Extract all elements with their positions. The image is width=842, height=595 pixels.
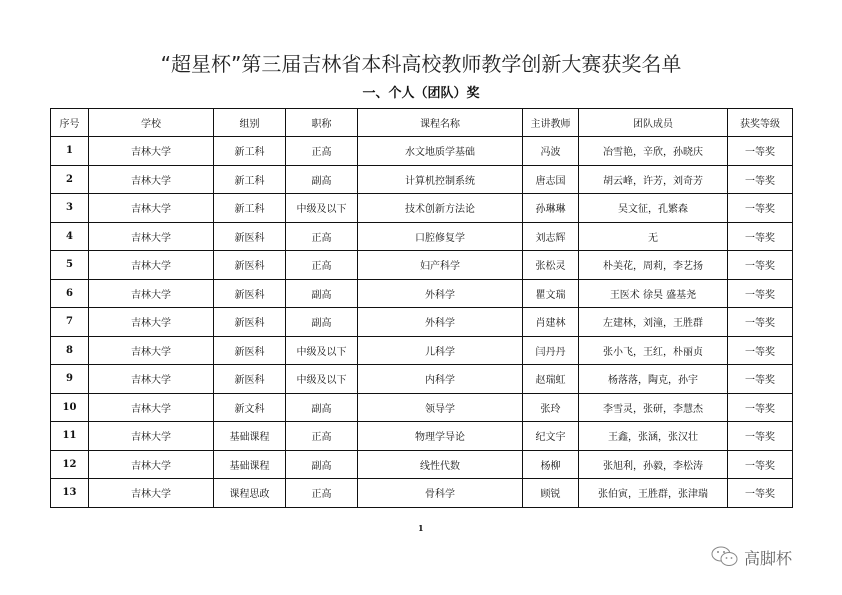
cell-award-level: 一等奖 <box>728 308 793 337</box>
cell-award-level: 一等奖 <box>728 194 793 223</box>
cell-index: 6 <box>51 279 89 308</box>
cell-school: 吉林大学 <box>89 279 214 308</box>
cell-course: 外科学 <box>358 308 523 337</box>
header-lead-teacher: 主讲教师 <box>523 109 579 137</box>
cell-lead-teacher: 肖建林 <box>523 308 579 337</box>
cell-course: 骨科学 <box>358 479 523 508</box>
awards-table: 序号 学校 组别 职称 课程名称 主讲教师 团队成员 获奖等级 1吉林大学新工科… <box>50 108 793 508</box>
cell-school: 吉林大学 <box>89 393 214 422</box>
table-row: 8吉林大学新医科中级及以下儿科学闫丹丹张小飞，王红，朴丽贞一等奖 <box>51 336 793 365</box>
cell-award-level: 一等奖 <box>728 365 793 394</box>
cell-lead-teacher: 张玲 <box>523 393 579 422</box>
cell-group: 新医科 <box>214 336 286 365</box>
cell-award-level: 一等奖 <box>728 165 793 194</box>
cell-course: 儿科学 <box>358 336 523 365</box>
cell-group: 新医科 <box>214 222 286 251</box>
cell-group: 新工科 <box>214 165 286 194</box>
cell-index: 1 <box>51 137 89 166</box>
cell-course: 水文地质学基础 <box>358 137 523 166</box>
page-number: 1 <box>418 523 424 533</box>
cell-award-level: 一等奖 <box>728 336 793 365</box>
cell-team-members: 王鑫，张涵，张汉壮 <box>579 422 728 451</box>
cell-team-members: 朴美花，周莉，李艺扬 <box>579 251 728 280</box>
cell-school: 吉林大学 <box>89 450 214 479</box>
cell-title-rank: 副高 <box>286 450 358 479</box>
cell-title-rank: 正高 <box>286 251 358 280</box>
cell-school: 吉林大学 <box>89 336 214 365</box>
cell-course: 物理学导论 <box>358 422 523 451</box>
cell-course: 外科学 <box>358 279 523 308</box>
cell-team-members: 张伯寅，王胜群，张津瑞 <box>579 479 728 508</box>
cell-title-rank: 正高 <box>286 422 358 451</box>
cell-course: 妇产科学 <box>358 251 523 280</box>
header-course: 课程名称 <box>358 109 523 137</box>
cell-team-members: 杨落落，陶克，孙宇 <box>579 365 728 394</box>
cell-team-members: 张旭利，孙毅，李松涛 <box>579 450 728 479</box>
table-body: 1吉林大学新工科正高水文地质学基础冯波冶雪艳，辛欣，孙晓庆一等奖2吉林大学新工科… <box>51 137 793 508</box>
table-row: 9吉林大学新医科中级及以下内科学赵瑞虹杨落落，陶克，孙宇一等奖 <box>51 365 793 394</box>
cell-title-rank: 中级及以下 <box>286 365 358 394</box>
table-row: 7吉林大学新医科副高外科学肖建林左建林，刘潼，王胜群一等奖 <box>51 308 793 337</box>
header-award-level: 获奖等级 <box>728 109 793 137</box>
table-row: 4吉林大学新医科正高口腔修复学刘志辉无一等奖 <box>51 222 793 251</box>
cell-index: 12 <box>51 450 89 479</box>
cell-lead-teacher: 冯波 <box>523 137 579 166</box>
cell-lead-teacher: 刘志辉 <box>523 222 579 251</box>
cell-lead-teacher: 唐志国 <box>523 165 579 194</box>
table-row: 6吉林大学新医科副高外科学瞿文瑞王医术 徐昊 盛基尧一等奖 <box>51 279 793 308</box>
cell-award-level: 一等奖 <box>728 479 793 508</box>
cell-group: 新医科 <box>214 308 286 337</box>
table-row: 10吉林大学新文科副高领导学张玲李雪灵，张研，李慧杰一等奖 <box>51 393 793 422</box>
cell-lead-teacher: 赵瑞虹 <box>523 365 579 394</box>
cell-lead-teacher: 顾锐 <box>523 479 579 508</box>
cell-index: 10 <box>51 393 89 422</box>
cell-title-rank: 副高 <box>286 279 358 308</box>
cell-course: 技术创新方法论 <box>358 194 523 223</box>
table-row: 3吉林大学新工科中级及以下技术创新方法论孙琳琳吴文征，孔繁森一等奖 <box>51 194 793 223</box>
table-header-row: 序号 学校 组别 职称 课程名称 主讲教师 团队成员 获奖等级 <box>51 109 793 137</box>
cell-index: 13 <box>51 479 89 508</box>
cell-index: 3 <box>51 194 89 223</box>
cell-school: 吉林大学 <box>89 194 214 223</box>
section-title: 一、个人（团队）奖 <box>0 82 842 101</box>
cell-group: 基础课程 <box>214 450 286 479</box>
watermark: 高脚杯 <box>710 545 792 569</box>
cell-group: 新工科 <box>214 137 286 166</box>
cell-award-level: 一等奖 <box>728 137 793 166</box>
cell-school: 吉林大学 <box>89 251 214 280</box>
cell-lead-teacher: 纪文宇 <box>523 422 579 451</box>
cell-title-rank: 正高 <box>286 222 358 251</box>
cell-group: 新文科 <box>214 393 286 422</box>
cell-index: 4 <box>51 222 89 251</box>
cell-school: 吉林大学 <box>89 222 214 251</box>
cell-lead-teacher: 孙琳琳 <box>523 194 579 223</box>
cell-index: 5 <box>51 251 89 280</box>
cell-title-rank: 中级及以下 <box>286 194 358 223</box>
cell-award-level: 一等奖 <box>728 393 793 422</box>
table-row: 13吉林大学课程思政正高骨科学顾锐张伯寅，王胜群，张津瑞一等奖 <box>51 479 793 508</box>
cell-team-members: 吴文征，孔繁森 <box>579 194 728 223</box>
cell-lead-teacher: 杨柳 <box>523 450 579 479</box>
cell-title-rank: 副高 <box>286 393 358 422</box>
cell-team-members: 李雪灵，张研，李慧杰 <box>579 393 728 422</box>
cell-school: 吉林大学 <box>89 365 214 394</box>
cell-school: 吉林大学 <box>89 422 214 451</box>
cell-lead-teacher: 张松灵 <box>523 251 579 280</box>
cell-course: 口腔修复学 <box>358 222 523 251</box>
cell-index: 2 <box>51 165 89 194</box>
header-title-rank: 职称 <box>286 109 358 137</box>
table-row: 12吉林大学基础课程副高线性代数杨柳张旭利，孙毅，李松涛一等奖 <box>51 450 793 479</box>
wechat-icon <box>710 545 740 569</box>
cell-group: 新医科 <box>214 279 286 308</box>
header-school: 学校 <box>89 109 214 137</box>
table-row: 1吉林大学新工科正高水文地质学基础冯波冶雪艳，辛欣，孙晓庆一等奖 <box>51 137 793 166</box>
cell-index: 8 <box>51 336 89 365</box>
cell-award-level: 一等奖 <box>728 222 793 251</box>
header-team-members: 团队成员 <box>579 109 728 137</box>
cell-award-level: 一等奖 <box>728 450 793 479</box>
header-index: 序号 <box>51 109 89 137</box>
cell-team-members: 胡云峰，许芳，刘奇芳 <box>579 165 728 194</box>
document-title: “超星杯”第三届吉林省本科高校教师教学创新大赛获奖名单 <box>0 48 842 77</box>
cell-lead-teacher: 瞿文瑞 <box>523 279 579 308</box>
cell-school: 吉林大学 <box>89 137 214 166</box>
cell-title-rank: 正高 <box>286 479 358 508</box>
cell-group: 基础课程 <box>214 422 286 451</box>
cell-school: 吉林大学 <box>89 479 214 508</box>
cell-group: 课程思政 <box>214 479 286 508</box>
cell-group: 新医科 <box>214 251 286 280</box>
cell-team-members: 张小飞，王红，朴丽贞 <box>579 336 728 365</box>
table-row: 11吉林大学基础课程正高物理学导论纪文宇王鑫，张涵，张汉壮一等奖 <box>51 422 793 451</box>
cell-team-members: 冶雪艳，辛欣，孙晓庆 <box>579 137 728 166</box>
cell-title-rank: 中级及以下 <box>286 336 358 365</box>
cell-course: 内科学 <box>358 365 523 394</box>
table-row: 2吉林大学新工科副高计算机控制系统唐志国胡云峰，许芳，刘奇芳一等奖 <box>51 165 793 194</box>
cell-award-level: 一等奖 <box>728 422 793 451</box>
cell-school: 吉林大学 <box>89 308 214 337</box>
table-row: 5吉林大学新医科正高妇产科学张松灵朴美花，周莉，李艺扬一等奖 <box>51 251 793 280</box>
cell-title-rank: 副高 <box>286 308 358 337</box>
cell-award-level: 一等奖 <box>728 251 793 280</box>
cell-team-members: 无 <box>579 222 728 251</box>
cell-title-rank: 正高 <box>286 137 358 166</box>
cell-index: 9 <box>51 365 89 394</box>
header-group: 组别 <box>214 109 286 137</box>
cell-group: 新工科 <box>214 194 286 223</box>
watermark-text: 高脚杯 <box>744 546 792 569</box>
cell-course: 计算机控制系统 <box>358 165 523 194</box>
cell-school: 吉林大学 <box>89 165 214 194</box>
cell-index: 11 <box>51 422 89 451</box>
cell-index: 7 <box>51 308 89 337</box>
cell-award-level: 一等奖 <box>728 279 793 308</box>
cell-course: 线性代数 <box>358 450 523 479</box>
cell-course: 领导学 <box>358 393 523 422</box>
cell-team-members: 王医术 徐昊 盛基尧 <box>579 279 728 308</box>
cell-lead-teacher: 闫丹丹 <box>523 336 579 365</box>
cell-team-members: 左建林，刘潼，王胜群 <box>579 308 728 337</box>
document-page: “超星杯”第三届吉林省本科高校教师教学创新大赛获奖名单 一、个人（团队）奖 序号… <box>0 0 842 595</box>
cell-group: 新医科 <box>214 365 286 394</box>
cell-title-rank: 副高 <box>286 165 358 194</box>
